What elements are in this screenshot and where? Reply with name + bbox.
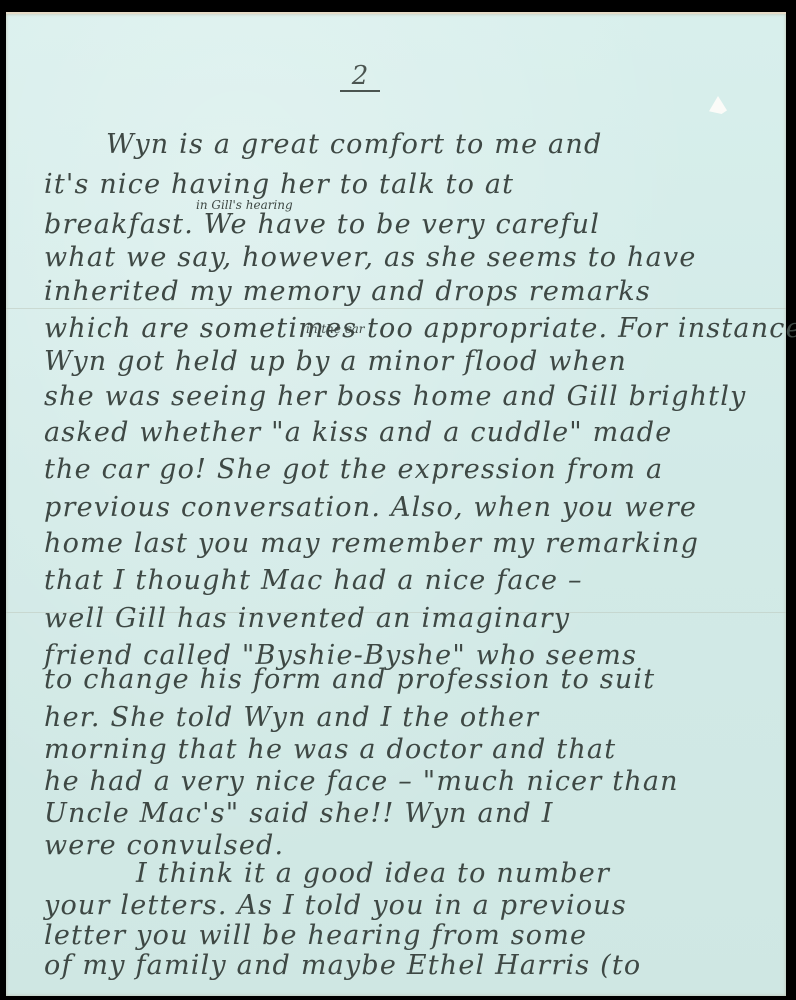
letter-line: he had a very nice face – "much nicer th… <box>44 766 679 797</box>
letter-line: of my family and maybe Ethel Harris (to <box>44 950 641 981</box>
letter-line: asked whether "a kiss and a cuddle" made <box>44 417 672 448</box>
paper-tear <box>709 96 727 114</box>
letter-line: she was seeing her boss home and Gill br… <box>44 381 747 412</box>
page-number: 2 <box>340 62 380 92</box>
letter-page: 2 Wyn is a great comfort to me and it's … <box>6 12 786 996</box>
letter-line: Wyn got held up by a minor flood when <box>44 346 627 377</box>
letter-line: home last you may remember my remarking <box>44 528 699 559</box>
letter-line: what we say, however, as she seems to ha… <box>44 242 697 273</box>
letter-line: it's nice having her to talk to at <box>44 169 514 200</box>
insertion-note: in the car <box>306 322 364 336</box>
letter-line: breakfast. We have to be very careful <box>44 209 600 240</box>
letter-line: her. She told Wyn and I the other <box>44 702 539 733</box>
insertion-note: in Gill's hearing <box>196 198 293 212</box>
letter-line: Uncle Mac's" said she!! Wyn and I <box>44 798 554 829</box>
paper-fold <box>6 308 786 309</box>
letter-line: to change his form and profession to sui… <box>44 664 655 695</box>
letter-line: which are sometimes too appropriate. For… <box>44 313 796 344</box>
letter-line: letter you will be hearing from some <box>44 920 587 951</box>
letter-line: the car go! She got the expression from … <box>44 454 663 485</box>
letter-line: morning that he was a doctor and that <box>44 734 616 765</box>
letter-line: previous conversation. Also, when you we… <box>44 492 697 523</box>
letter-line: your letters. As I told you in a previou… <box>44 890 627 921</box>
letter-line: were convulsed. <box>44 830 284 861</box>
letter-line: inherited my memory and drops remarks <box>44 276 651 307</box>
letter-line: Wyn is a great comfort to me and <box>106 129 602 160</box>
letter-line: well Gill has invented an imaginary <box>44 603 570 634</box>
letter-line: that I thought Mac had a nice face – <box>44 565 583 596</box>
letter-line: I think it a good idea to number <box>136 858 610 889</box>
